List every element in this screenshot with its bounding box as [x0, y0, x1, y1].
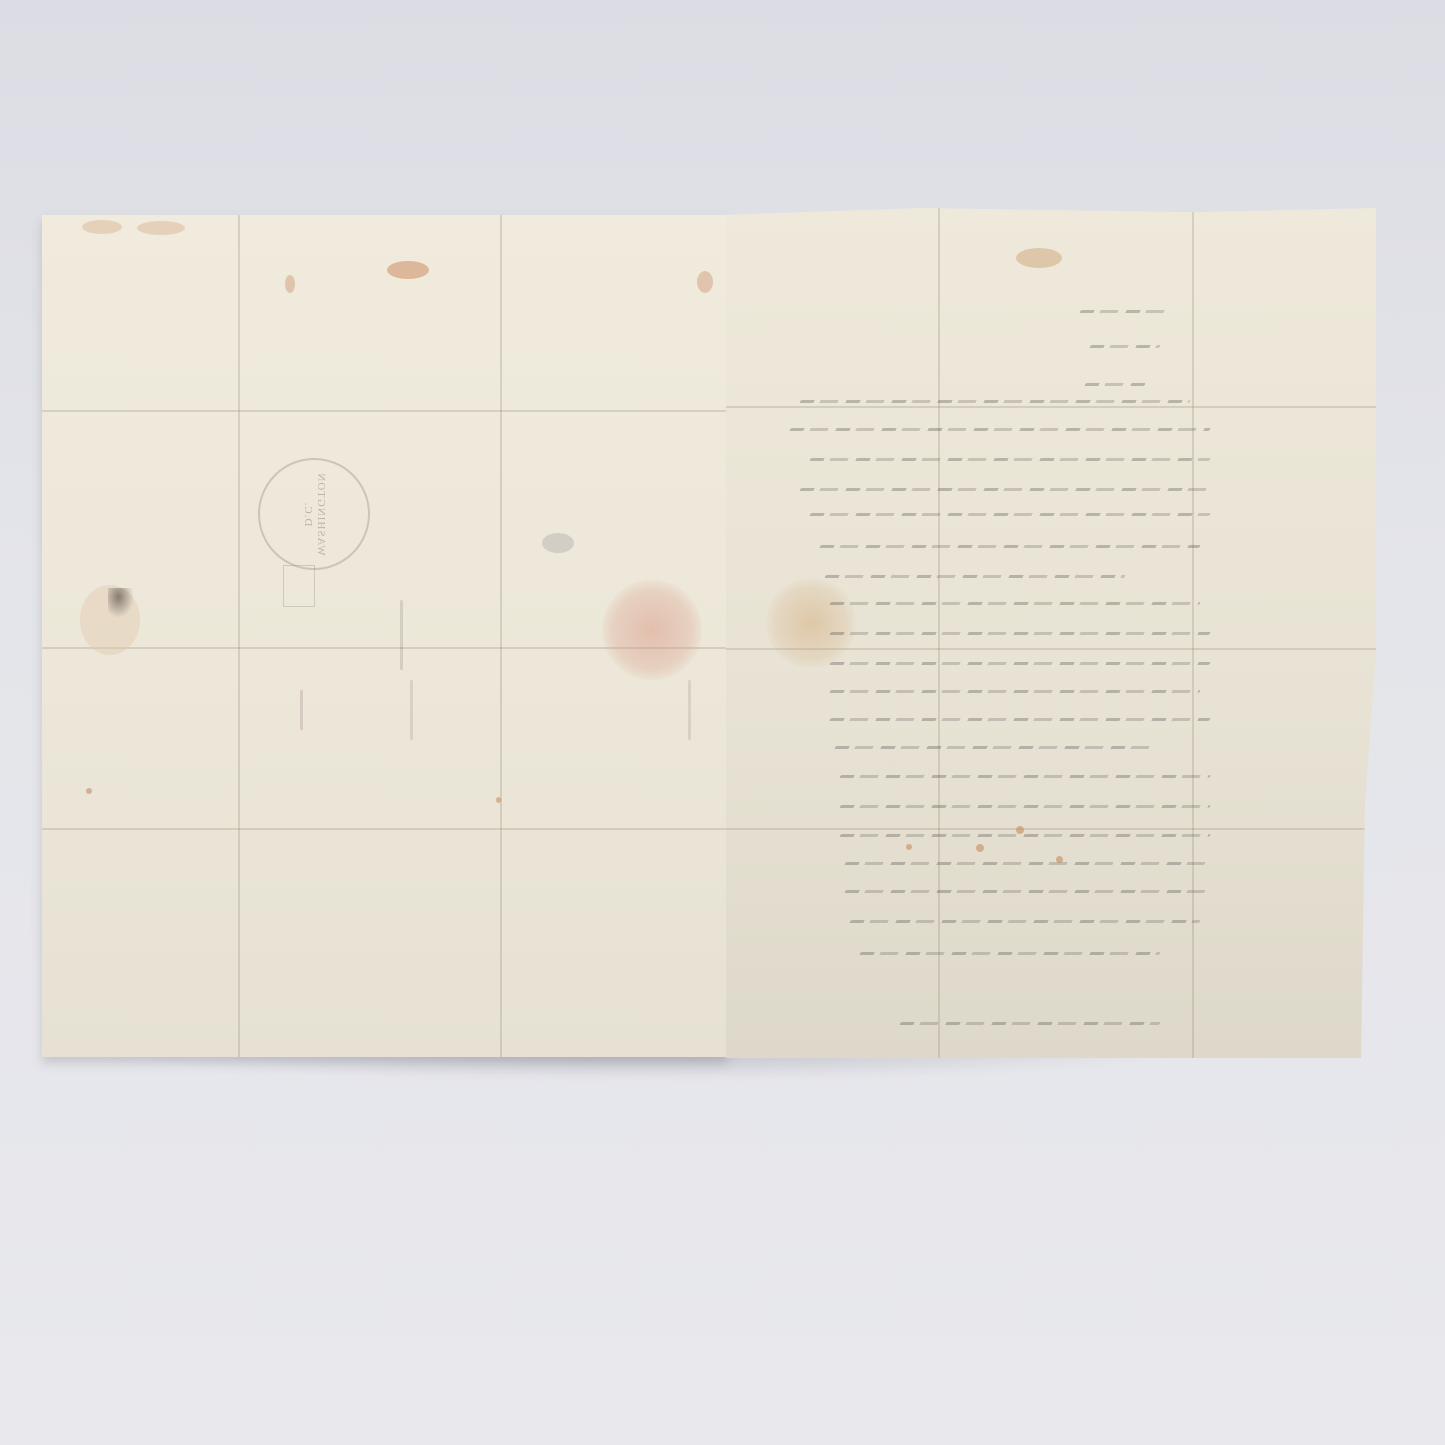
fold-line — [42, 828, 728, 830]
handwriting-line — [839, 805, 1211, 808]
handwriting-line — [1089, 345, 1161, 348]
foxing-spot — [496, 797, 501, 803]
handwriting-line — [824, 575, 1126, 578]
handwriting-line — [799, 488, 1211, 491]
letter-left-half — [42, 215, 728, 1057]
pencil-mark — [300, 690, 303, 730]
fold-line — [500, 215, 502, 1057]
handwriting-line — [834, 746, 1156, 749]
fold-line — [726, 828, 1376, 830]
handwriting-line — [829, 632, 1211, 635]
foxing-spot — [1016, 826, 1024, 834]
postmark-text: WASHINGTON D.C. — [301, 460, 327, 568]
handwriting-line — [829, 662, 1211, 665]
handwriting-line — [829, 718, 1211, 721]
handwriting-line — [844, 890, 1206, 893]
fold-line — [238, 215, 240, 1057]
foxing-stain — [137, 221, 185, 235]
handwriting-line — [844, 862, 1206, 865]
handwriting-line — [809, 458, 1211, 461]
pencil-mark — [688, 680, 691, 740]
foxing-stain — [697, 271, 713, 293]
pencil-mark — [410, 680, 413, 740]
handwriting-line — [1084, 383, 1146, 386]
pencil-mark — [400, 600, 403, 670]
handwriting-line — [1079, 310, 1171, 313]
handwriting-line — [899, 1022, 1161, 1025]
fold-line — [726, 406, 1376, 408]
fold-line — [42, 410, 728, 412]
handwriting-line — [849, 920, 1201, 923]
handwriting-line — [789, 428, 1211, 431]
foxing-spot — [976, 844, 984, 852]
foxing-spot — [906, 844, 912, 850]
foxing-stain — [285, 275, 295, 293]
photo-scene: WASHINGTON D.C. — [0, 0, 1445, 1445]
rate-handstamp — [283, 565, 315, 607]
handwriting-line — [839, 775, 1211, 778]
foxing-stain — [1016, 248, 1062, 268]
postmark: WASHINGTON D.C. — [258, 458, 370, 570]
foxing-stain — [82, 220, 122, 234]
wax-seal-stain — [766, 578, 856, 668]
ink-mark — [108, 588, 134, 618]
handwriting-line — [829, 690, 1201, 693]
wax-seal-stain — [602, 580, 702, 680]
handwriting-line — [839, 834, 1211, 837]
handwriting-line — [859, 952, 1161, 955]
foxing-spot — [86, 788, 92, 794]
handwriting-line — [829, 602, 1201, 605]
ink-smudge — [542, 533, 574, 553]
handwriting-line — [799, 400, 1191, 403]
foxing-stain — [387, 261, 429, 279]
handwriting-line — [809, 513, 1211, 516]
handwriting-line — [819, 545, 1201, 548]
